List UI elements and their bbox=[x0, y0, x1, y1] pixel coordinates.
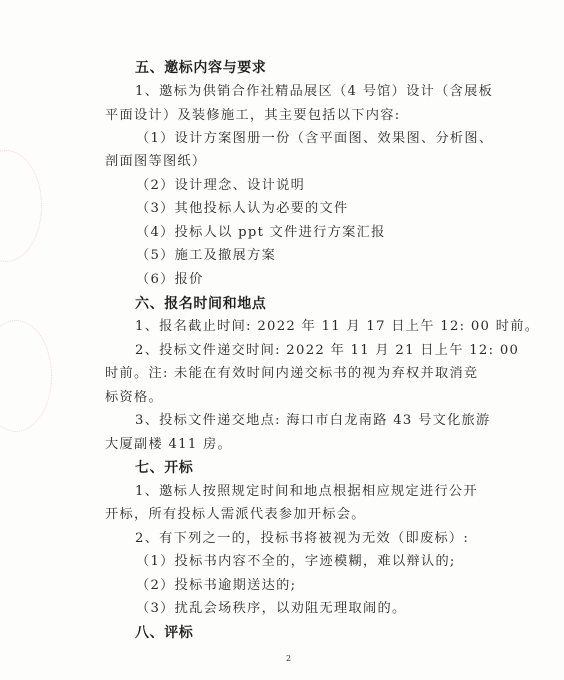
paragraph-line: 平面设计）及装修施工，其主要包括以下内容: bbox=[105, 107, 401, 125]
list-item: （5）施工及撤展方案 bbox=[136, 247, 276, 265]
paragraph-line: 1、邀标人按照规定时间和地点根据相应规定进行公开 bbox=[135, 483, 478, 501]
paragraph-line: 1、报名截止时间: 2022 年 11 月 17 日上午 12: 00 时前。 bbox=[135, 318, 539, 336]
paragraph-line: 剖面图等图纸） bbox=[105, 153, 206, 171]
list-item: （2）设计理念、设计说明 bbox=[136, 177, 305, 195]
list-item: （4）投标人以 ppt 文件进行方案汇报 bbox=[136, 224, 386, 242]
paragraph-line: 2、投标文件递交时间: 2022 年 11 月 21 日上午 12: 00 bbox=[135, 342, 519, 360]
document-page: 五、邀标内容与要求 1、邀标为供销合作社精品展区（4 号馆）设计（含展板 平面设… bbox=[0, 0, 564, 680]
list-item: （1）投标书内容不全的，字迹模糊，难以辩认的; bbox=[136, 553, 456, 571]
paragraph-line: 标资格。 bbox=[105, 389, 163, 407]
faded-seal-stamp bbox=[0, 150, 42, 262]
section-heading-6: 六、报名时间和地点 bbox=[135, 295, 266, 313]
list-item: （6）报价 bbox=[136, 271, 204, 289]
paragraph-line: 2、有下列之一的，投标书将被视为无效（即废标）: bbox=[135, 530, 469, 548]
section-heading-8: 八、评标 bbox=[135, 624, 193, 642]
section-heading-5: 五、邀标内容与要求 bbox=[135, 59, 266, 77]
list-item: （2）投标书逾期送达的; bbox=[136, 577, 296, 595]
paragraph-line: 开标，所有投标人需派代表参加开标会。 bbox=[105, 506, 366, 524]
paragraph-line: 时前。注: 未能在有效时间内递交标书的视为弃权并取消竞 bbox=[105, 365, 478, 383]
list-item: （3）扰乱会场秩序，以劝阻无理取闹的。 bbox=[136, 600, 406, 618]
list-item: （1）设计方案图册一份（含平面图、效果图、分析图、 bbox=[136, 130, 493, 148]
faded-seal-stamp-partial bbox=[0, 320, 52, 432]
paragraph-line: 大厦副楼 411 房。 bbox=[105, 436, 232, 454]
page-number: 2 bbox=[286, 654, 291, 663]
paragraph-line: 3、投标文件递交地点: 海口市白龙南路 43 号文化旅游 bbox=[135, 412, 491, 430]
list-item: （3）其他投标人认为必要的文件 bbox=[136, 200, 349, 218]
paragraph-line: 1、邀标为供销合作社精品展区（4 号馆）设计（含展板 bbox=[135, 83, 493, 101]
section-heading-7: 七、开标 bbox=[135, 459, 193, 477]
